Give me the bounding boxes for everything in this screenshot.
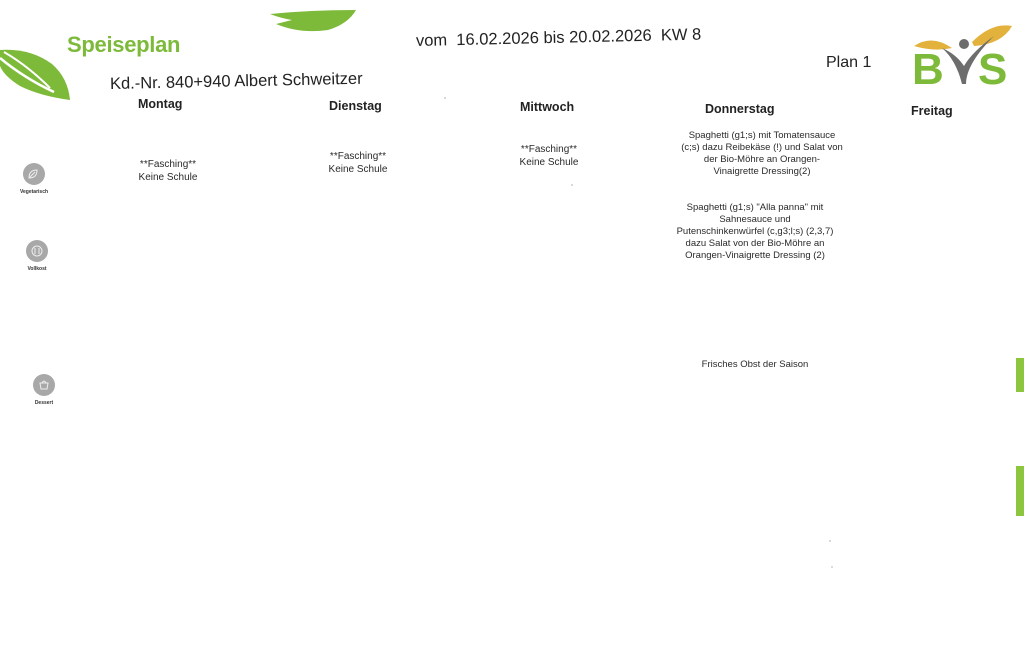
category-label: Vegetarisch <box>4 189 64 195</box>
customer-label: Kd.-Nr. 840+940 Albert Schweitzer <box>110 70 363 94</box>
svg-text:B: B <box>912 45 944 88</box>
svg-text:S: S <box>978 45 1007 88</box>
meal-donnerstag-vegetarisch: Spaghetti (g1;s) mit Tomatensauce (c;s) … <box>662 130 862 178</box>
category-dessert: Dessert <box>14 374 74 406</box>
category-vegetarisch: Vegetarisch <box>4 163 64 195</box>
day-heading-montag: Montag <box>138 97 182 111</box>
plan-label: Plan 1 <box>826 54 871 72</box>
category-label: Vollkost <box>7 266 67 272</box>
scan-speck <box>444 97 446 99</box>
meal-mittwoch-1: **Fasching** Keine Schule <box>513 144 585 169</box>
category-vollkost: Vollkost <box>7 240 67 272</box>
category-label: Dessert <box>14 400 74 406</box>
plate-icon <box>26 240 48 262</box>
day-heading-donnerstag: Donnerstag <box>705 102 774 116</box>
leaf-icon <box>23 163 45 185</box>
decorative-leaf-icon <box>270 10 356 32</box>
decorative-leaf-icon <box>0 44 72 100</box>
day-heading-mittwoch: Mittwoch <box>520 100 574 114</box>
day-heading-freitag: Freitag <box>911 104 953 118</box>
edge-decoration <box>1016 358 1024 392</box>
page-title: Speiseplan <box>67 32 180 58</box>
meal-dienstag-1: **Fasching** Keine Schule <box>322 151 394 176</box>
meal-montag-1: **Fasching** Keine Schule <box>132 159 204 184</box>
bys-logo: B S <box>912 22 1016 88</box>
meal-donnerstag-vollkost: Spaghetti (g1;s) "Alla panna" mit Sahnes… <box>655 202 855 262</box>
scan-speck <box>571 184 573 186</box>
day-heading-dienstag: Dienstag <box>329 99 382 113</box>
edge-decoration <box>1016 466 1024 516</box>
meal-donnerstag-dessert: Frisches Obst der Saison <box>665 359 845 371</box>
scan-speck <box>831 566 833 568</box>
scan-speck <box>829 540 831 542</box>
date-range: vom 16.02.2026 bis 20.02.2026 KW 8 <box>416 26 702 51</box>
dessert-icon <box>33 374 55 396</box>
